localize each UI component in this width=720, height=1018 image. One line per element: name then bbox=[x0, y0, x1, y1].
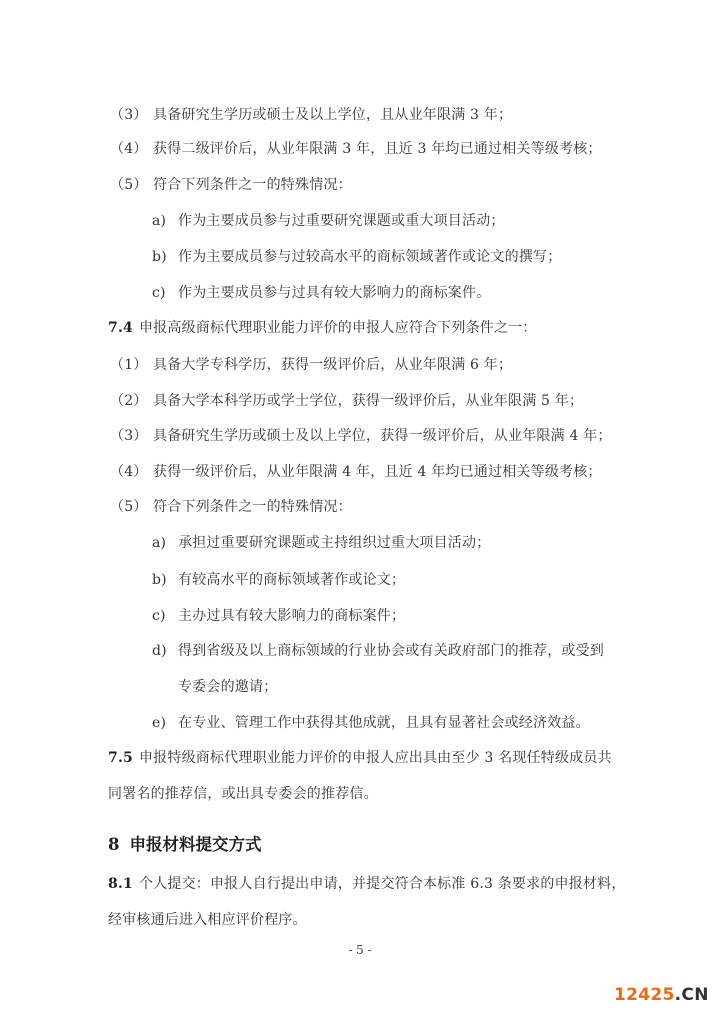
chapter-heading: 8申报材料提交方式 bbox=[108, 833, 261, 857]
sub-item-text: 作为主要成员参与过较高水平的商标领域著作或论文的撰写； bbox=[178, 249, 561, 265]
list-item: （4）获得一级评价后，从业年限满 4 年，且近 4 年均已通过相关等级考核； bbox=[110, 462, 602, 482]
site-watermark: 12425.CN bbox=[614, 985, 709, 1005]
sub-item-letter: d) bbox=[152, 641, 178, 661]
sub-list-item: c)主办过具有较大影响力的商标案件； bbox=[152, 606, 405, 626]
list-item-number: （4） bbox=[110, 462, 153, 482]
section-number: 8.1 bbox=[108, 876, 133, 892]
list-item: （5）符合下列条件之一的特殊情况： bbox=[110, 175, 352, 195]
section-7-4: 7.4申报高级商标代理职业能力评价的申报人应符合下列条件之一： bbox=[108, 318, 537, 338]
list-item-text: 具备大学专科学历，获得一级评价后，从业年限满 6 年； bbox=[153, 357, 512, 373]
section-7-5: 7.5申报特级商标代理职业能力评价的申报人应出具由至少 3 名现任特级成员共 bbox=[108, 748, 612, 768]
sub-item-text: 作为主要成员参与过具有较大影响力的商标案件。 bbox=[178, 285, 490, 301]
sub-item-continuation: 专委会的邀请； bbox=[178, 677, 277, 697]
list-item-number: （3） bbox=[110, 426, 153, 446]
chapter-number: 8 bbox=[108, 835, 119, 854]
section-continuation: 同署名的推荐信，或出具专委会的推荐信。 bbox=[108, 784, 378, 804]
list-item-text: 具备研究生学历或硕士及以上学位，获得一级评价后，从业年限满 4 年； bbox=[153, 428, 612, 444]
list-item: （1）具备大学专科学历，获得一级评价后，从业年限满 6 年； bbox=[110, 355, 512, 375]
sub-list-item: d)得到省级及以上商标领域的行业协会或有关政府部门的推荐，或受到 bbox=[152, 641, 604, 661]
chapter-title: 申报材料提交方式 bbox=[129, 835, 261, 854]
list-item-text: 具备大学本科学历或学士学位，获得一级评价后，从业年限满 5 年； bbox=[153, 393, 583, 409]
sub-item-letter: b) bbox=[152, 570, 178, 590]
section-number: 7.4 bbox=[108, 320, 133, 336]
sub-item-text: 作为主要成员参与过重要研究课题或重大项目活动； bbox=[178, 213, 505, 229]
sub-item-letter: a) bbox=[152, 211, 178, 231]
sub-item-letter: c) bbox=[152, 283, 178, 303]
list-item: （4）获得二级评价后，从业年限满 3 年，且近 3 年均已通过相关等级考核； bbox=[110, 139, 602, 159]
section-continuation: 经审核通后进入相应评价程序。 bbox=[108, 910, 307, 930]
sub-list-item: b)作为主要成员参与过较高水平的商标领域著作或论文的撰写； bbox=[152, 247, 561, 267]
list-item: （5）符合下列条件之一的特殊情况： bbox=[110, 497, 352, 517]
section-text: 申报高级商标代理职业能力评价的申报人应符合下列条件之一： bbox=[139, 320, 537, 336]
list-item: （2）具备大学本科学历或学士学位，获得一级评价后，从业年限满 5 年； bbox=[110, 391, 583, 411]
document-page: （3）具备研究生学历或硕士及以上学位，且从业年限满 3 年； （4）获得二级评价… bbox=[0, 0, 720, 1018]
list-item-number: （5） bbox=[110, 175, 153, 195]
sub-item-text: 主办过具有较大影响力的商标案件； bbox=[178, 608, 405, 624]
section-text: 个人提交：申报人自行提出申请，并提交符合本标准 6.3 条要求的申报材料， bbox=[139, 876, 626, 892]
sub-item-text: 承担过重要研究课题或主持组织过重大项目活动； bbox=[178, 535, 490, 551]
list-item-number: （4） bbox=[110, 139, 153, 159]
watermark-domain: .CN bbox=[675, 985, 709, 1005]
watermark-number: 12425 bbox=[614, 985, 675, 1005]
sub-list-item: a)作为主要成员参与过重要研究课题或重大项目活动； bbox=[152, 211, 505, 231]
list-item-text: 获得一级评价后，从业年限满 4 年，且近 4 年均已通过相关等级考核； bbox=[153, 464, 602, 480]
sub-item-text: 有较高水平的商标领域著作或论文； bbox=[178, 572, 405, 588]
sub-item-letter: b) bbox=[152, 247, 178, 267]
section-text: 申报特级商标代理职业能力评价的申报人应出具由至少 3 名现任特级成员共 bbox=[139, 750, 612, 766]
list-item-number: （1） bbox=[110, 355, 153, 375]
sub-item-letter: a) bbox=[152, 533, 178, 553]
list-item: （3）具备研究生学历或硕士及以上学位，且从业年限满 3 年； bbox=[110, 105, 512, 125]
list-item-text: 符合下列条件之一的特殊情况： bbox=[153, 177, 352, 193]
sub-list-item: a)承担过重要研究课题或主持组织过重大项目活动； bbox=[152, 533, 490, 553]
section-8-1: 8.1个人提交：申报人自行提出申请，并提交符合本标准 6.3 条要求的申报材料， bbox=[108, 874, 626, 894]
section-number: 7.5 bbox=[108, 750, 133, 766]
sub-item-letter: e) bbox=[152, 713, 178, 733]
list-item: （3）具备研究生学历或硕士及以上学位，获得一级评价后，从业年限满 4 年； bbox=[110, 426, 612, 446]
sub-list-item: c)作为主要成员参与过具有较大影响力的商标案件。 bbox=[152, 283, 490, 303]
list-item-number: （3） bbox=[110, 105, 153, 125]
list-item-text: 具备研究生学历或硕士及以上学位，且从业年限满 3 年； bbox=[153, 107, 512, 123]
sub-item-letter: c) bbox=[152, 606, 178, 626]
list-item-text: 获得二级评价后，从业年限满 3 年，且近 3 年均已通过相关等级考核； bbox=[153, 141, 602, 157]
list-item-number: （2） bbox=[110, 391, 153, 411]
sub-item-text: 得到省级及以上商标领域的行业协会或有关政府部门的推荐，或受到 bbox=[178, 643, 604, 659]
sub-list-item: b)有较高水平的商标领域著作或论文； bbox=[152, 570, 405, 590]
list-item-text: 符合下列条件之一的特殊情况： bbox=[153, 499, 352, 515]
page-number: - 5 - bbox=[0, 943, 720, 957]
list-item-number: （5） bbox=[110, 497, 153, 517]
sub-list-item: e)在专业、管理工作中获得其他成就，且具有显著社会或经济效益。 bbox=[152, 713, 590, 733]
sub-item-text: 在专业、管理工作中获得其他成就，且具有显著社会或经济效益。 bbox=[178, 715, 590, 731]
